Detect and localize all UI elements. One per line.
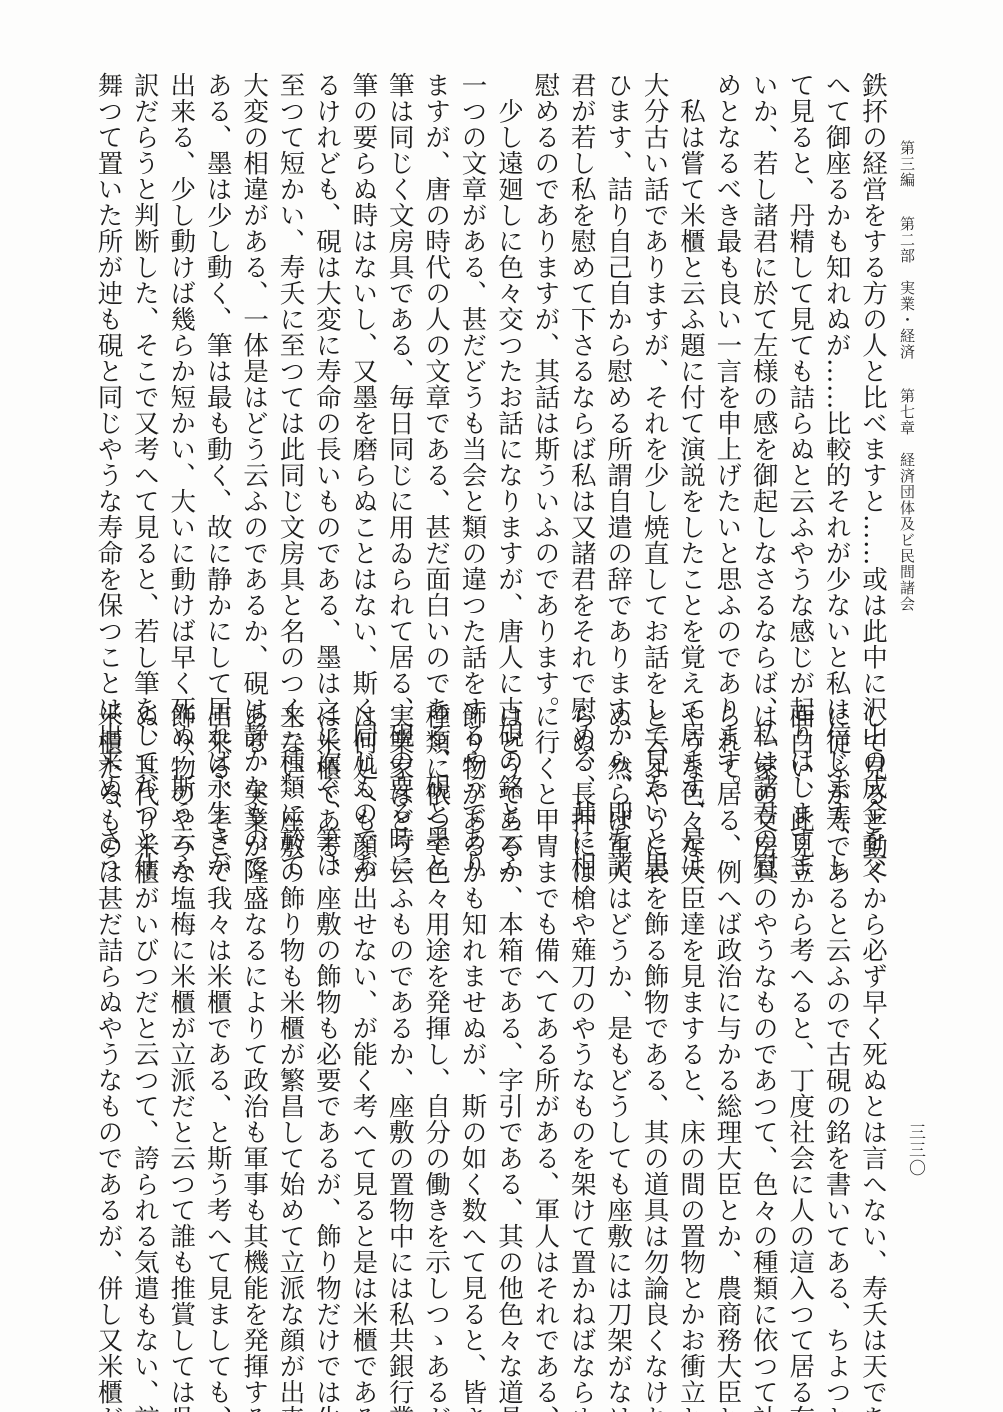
- text-line: へて御座るかも知れぬが……比較的それが少ないと私は信じます、し: [818, 72, 854, 672]
- text-line: して見ると動くから必ず早く死ぬとは言へない、寿夭は天である、天: [855, 703, 891, 1343]
- text-line: 筆の要らぬ時はないし、又墨を磨らぬことはない、斯く同じものであ: [345, 72, 381, 672]
- text-line: 面白い、此見立から考へると、丁度社会に人の這入つて居る有様は尚: [782, 703, 818, 1343]
- text-line: ますが、唐の時代の人の文章である、甚だ面白いのである、硯と墨と: [418, 72, 454, 672]
- text-line: 実業家はどう云ふものであるか、座敷の置物中には私共銀行業者など: [381, 703, 417, 1343]
- text-block-bottom: して見ると動くから必ず早く死ぬとは言へない、寿夭は天である、天 に従ふが寿である…: [90, 703, 891, 1343]
- text-line: ぬ、然らば軍人はどうか、是もどうしても座敷には刀架がなければな: [600, 703, 636, 1343]
- text-line: 米櫃たるものは甚だ詰らぬやうなものであるが、併し又米櫃がなけれ: [90, 703, 126, 1343]
- text-line: は何処へも顔が出せない、が能く考へて見ると是は米櫃である、我々: [345, 703, 381, 1343]
- text-line: 舞つて置いた所が迚も硯と同じやうな寿命を保つことは出来ぬ、さう: [90, 72, 126, 672]
- running-head: 第三編 第二部 実業・経済 第七章 経済団体及ビ民間諸会: [896, 140, 918, 634]
- text-line: やうな色々な大臣達を見ますると、床の間の置物とかお衝立とか屏風: [673, 703, 709, 1343]
- text-line: らぬ、長押には槍や薙刀のやうなものを架けて置かねばならぬ、西洋: [563, 703, 599, 1343]
- text-line: は一家の文房具のやうなものであつて、色々の種類に依つて社会は飾: [745, 703, 781, 1343]
- text-line: 出来る、そこで我々は米櫃である、と斯う考へて見ましても、座敷の: [199, 703, 235, 1343]
- text-line: 大分古い話でありますが、それを少し焼直してお話をして見たいと思: [636, 72, 672, 672]
- text-line: と云ふやうに表を飾る飾物である、其の道具は勿論良くなければなら: [636, 703, 672, 1343]
- text-line: は米櫃である、座敷の飾物も必要であるが、飾り物だけでは生活が出: [309, 703, 345, 1343]
- text-block-top: 鉄抔の経営をする方の人と比べますと……或は此中に沢山の成金を交 へて御座るかも知…: [90, 72, 891, 672]
- text-line: めとなるべき最も良い一言を申上げたいと思ふのであります。: [709, 72, 745, 672]
- running-head-division: 第二部 実業・経済: [896, 216, 918, 360]
- text-line: に行くと甲冑までも備へてある所がある、軍人はそれである、教育家: [527, 703, 563, 1343]
- running-head-part: 第三編: [896, 140, 918, 188]
- text-line: 一つの文章がある、甚だどうも当会と類の違つた話をするやうであり: [454, 72, 490, 672]
- text-line: ひます、詰り自己自から慰める所謂自遣の辞でありますから、即ち諸: [600, 72, 636, 672]
- text-line: はどうであるか、本箱である、字引である、其の他色々な道具があり: [491, 703, 527, 1343]
- text-line: 来ない、座敷の飾り物も米櫃が繁昌して始めて立派な顔が出来るので: [272, 703, 308, 1343]
- text-line: 私は嘗て米櫃と云ふ題に付て演説をしたことを覚えて居ます、是は: [673, 72, 709, 672]
- text-line: 種類に依つて色々用途を発揮し、自分の働きを示しつゝあるが、我々: [418, 703, 454, 1343]
- text-line: ある、実業が隆盛なるによりて政治も軍事も其機能を発揮することが: [236, 703, 272, 1343]
- text-line: 至つて短かい、寿夭に至つては此同じ文房具と名のつく三種類に於て: [272, 72, 308, 672]
- text-line: 鉄抔の経営をする方の人と比べますと……或は此中に沢山の成金を交: [855, 72, 891, 672]
- text-line: 慰めるのでありますが、其話は斯ういふのであります。: [527, 72, 563, 672]
- text-line: ある、墨は少し動く、筆は最も動く、故に静かにして居れば永生きが: [199, 72, 235, 672]
- text-line: て見ると、丹精して見ても詰らぬと云ふやうな感じが起りはしますま: [782, 72, 818, 672]
- page-number: 三三〇: [903, 1123, 928, 1177]
- text-line: 出来る、少し動けば幾らか短かい、大いに動けば早く死ぬ、斯う云ふ: [163, 72, 199, 672]
- text-line: に従ふが寿であると云ふので古硯の銘を書いてある、ちよつと見立が: [818, 703, 854, 1343]
- text-line: 大変の相違がある、一体是はどう云ふのであるか、硯は静かなもので: [236, 72, 272, 672]
- text-line: 飾り物のやうな塩梅に米櫃が立派だと云つて誰も推賞しては呉れませ: [163, 703, 199, 1343]
- document-page: 第三編 第二部 実業・経済 第七章 経済団体及ビ民間諸会 鉄抔の経営をする方の人…: [0, 0, 1003, 1412]
- text-line: 訳だらうと判断した、そこで又考へて見ると、若し筆をしてぢつと仕: [126, 72, 162, 672]
- text-line: 飾り物があるかも知れませぬが、斯の如く数へて見ると、皆さう云ふ: [454, 703, 490, 1343]
- running-head-chapter: 第七章 経済団体及ビ民間諸会: [896, 388, 918, 612]
- text-line: 君が若し私を慰めて下さるならば私は又諸君をそれで慰める、共に相: [563, 72, 599, 672]
- text-line: られて居る、例へば政治に与かる総理大臣とか、農商務大臣とか云ふ: [709, 703, 745, 1343]
- text-line: いか、若し諸君に於て左様の感を御起しなさるならば、私は諸君の慰: [745, 72, 781, 672]
- text-line: 筆は同じく文房具である、毎日同じに用ゐられて居る、硯の要る時に: [381, 72, 417, 672]
- text-line: 少し遠廻しに色々交つたお話になりますが、唐人に古硯の銘と云ふ: [491, 72, 527, 672]
- text-line: ぬ、其代り米櫃がいびつだと云つて、誇られる気遣もない、玆に於て: [126, 703, 162, 1343]
- text-line: るけれども、硯は大変に寿命の長いものである、墨は之に次ぐ、筆は: [309, 72, 345, 672]
